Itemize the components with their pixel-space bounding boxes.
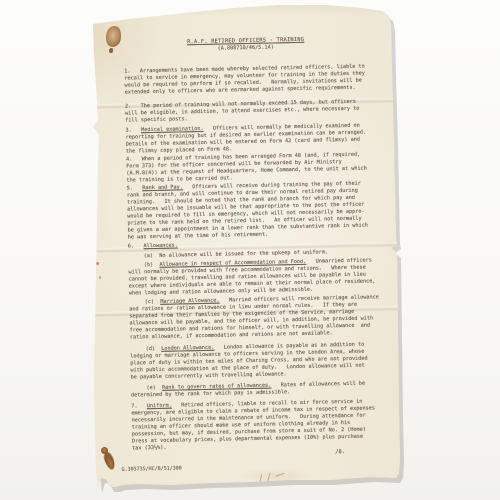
paragraph: (c) Marriage Allowance. Married officers… [129, 294, 386, 341]
paragraph: 1. Arrangements have been made whereby s… [124, 63, 381, 96]
paragraph: 7. Uniform. Retired officers, liable to … [131, 398, 388, 452]
paragraph: 4. When a period of training has been ar… [126, 151, 383, 184]
document-paper: R.A.F. RETIRED OFFICERS - TRAINING (A.80… [0, 0, 500, 500]
paragraph: (e) Rank to govern rates of allowances. … [131, 380, 387, 399]
paragraph: 3. Medical examination. Officers will no… [125, 122, 382, 155]
page-marker: /8. [335, 449, 345, 456]
paragraph: (b) Allowance in respect of Accommodatio… [128, 257, 385, 297]
print-code: G.305735/HC/8/51/300 [122, 465, 182, 473]
paragraph: (d) London Allowance. London allowance i… [130, 341, 387, 381]
title-block: R.A.F. RETIRED OFFICERS - TRAINING (A.80… [124, 35, 368, 54]
paragraph: 5. Rank and Pay. Officers will receive d… [127, 180, 384, 241]
paragraph: 2. The period of training will not norma… [125, 98, 381, 124]
photo-stage: R.A.F. RETIRED OFFICERS - TRAINING (A.80… [0, 0, 500, 500]
text-layer: R.A.F. RETIRED OFFICERS - TRAINING (A.80… [0, 0, 500, 500]
